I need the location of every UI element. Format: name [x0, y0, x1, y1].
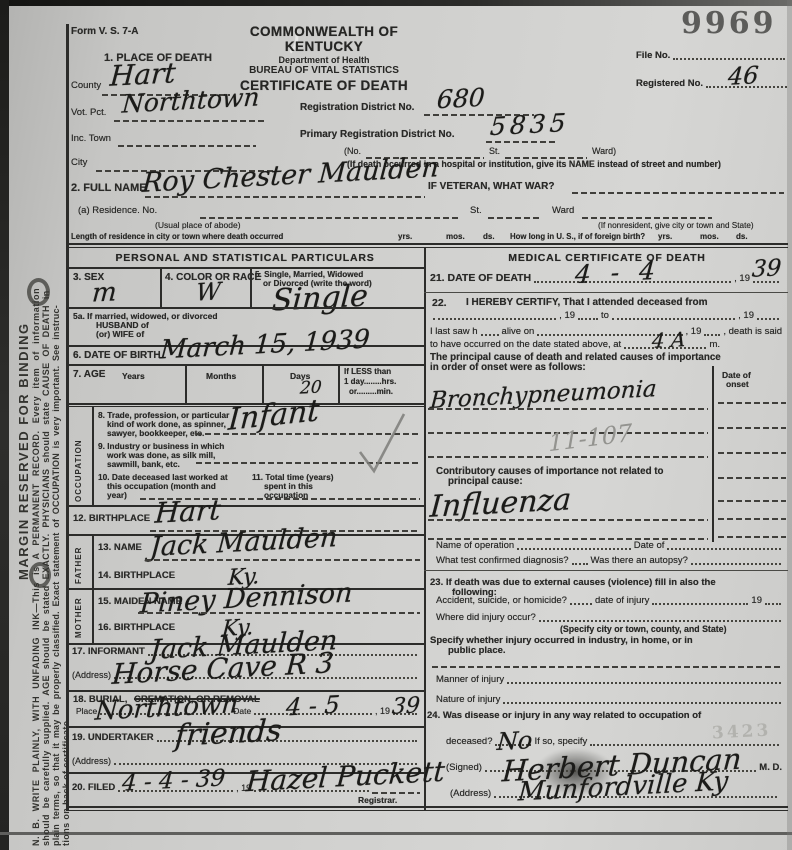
operation-blank — [517, 548, 631, 550]
dod-19-label: , 19 — [734, 273, 750, 284]
veteran-label: IF VETERAN, WHAT WAR? — [428, 181, 554, 192]
certify-19b-blank — [757, 318, 779, 320]
accident-row: Accident, suicide, or homicide? date of … — [436, 595, 784, 606]
margin-nb-line2: should be carefully supplied. AGE should… — [41, 290, 51, 846]
father-birthplace-label: 14. BIRTHPLACE — [98, 570, 175, 581]
cause-line-3 — [428, 456, 708, 458]
injury-date-label: date of injury — [595, 595, 649, 606]
principal-cause-label-2: in order of onset were as follows: — [430, 362, 586, 373]
inc-town-line — [118, 145, 256, 147]
serial-number-stamp: 9969 — [681, 6, 777, 41]
grid-v-age-1 — [185, 364, 187, 403]
onset-line-2 — [718, 427, 786, 429]
informant-label: 17. INFORMANT — [72, 646, 145, 657]
occupation-side-label: OCCUPATION — [74, 418, 83, 502]
age-top-rule — [66, 364, 424, 366]
length-mos: mos. — [446, 232, 465, 241]
date-of-death-value: 4 - 4 — [574, 256, 662, 290]
marital-value: Single — [271, 278, 369, 318]
injury-date-blank — [652, 603, 748, 605]
father-side-label: FATHER — [74, 542, 83, 584]
last-saw-19: , 19 — [686, 326, 702, 337]
dob-label: 6. DATE OF BIRTH — [73, 350, 161, 361]
form-bottom-rule-a — [66, 806, 788, 808]
filed-label: 20. FILED — [72, 782, 115, 793]
informant-address-label: (Address) — [72, 670, 111, 680]
registered-no-value: 46 — [727, 61, 759, 91]
grid-v-sex-race — [160, 267, 162, 307]
mother-side-line — [92, 588, 94, 643]
grid-v-race-marital — [250, 267, 252, 307]
how-long-label: How long in U. S., if of foreign birth? — [510, 232, 645, 241]
public-place-line — [432, 666, 782, 668]
accident-label: Accident, suicide, or homicide? — [436, 595, 567, 606]
last-saw-3: , death is said — [723, 326, 782, 337]
veteran-line — [572, 192, 784, 194]
md-label: M. D. — [759, 762, 782, 773]
onset-line-4 — [718, 477, 786, 479]
death-time-value: 4 A — [651, 327, 686, 353]
certify-to: to — [601, 310, 609, 321]
birthplace-value: Hart — [154, 493, 222, 530]
length-residence-label: Length of residence in city or town wher… — [71, 232, 283, 241]
certify-from-blank — [433, 318, 556, 320]
margin-nb-line1: N. B. WRITE PLAINLY, WITH UNFADING INK—T… — [31, 288, 41, 846]
city-no-label: (No. — [344, 146, 361, 156]
operation-row: Name of operation Date of — [436, 540, 784, 551]
row5-bottom-rule — [66, 307, 424, 309]
primary-district-value: 5835 — [489, 108, 571, 141]
autopsy-label: Was there an autopsy? — [591, 555, 688, 566]
test-autopsy-row: What test confirmed diagnosis? Was there… — [436, 555, 784, 566]
pencil-check-mark — [352, 408, 414, 476]
file-no-label: File No. — [636, 50, 670, 61]
where-injury-label: Where did injury occur? — [436, 612, 536, 623]
age-less-label-2: 1 day........hrs. — [344, 377, 396, 386]
precinct-line — [114, 120, 264, 122]
age-years-label: Years — [122, 371, 145, 381]
where-injury-row: Where did injury occur? — [436, 612, 784, 623]
undertaker-value: friends — [174, 713, 283, 754]
death-certificate-scan: MARGIN RESERVED FOR BINDING N. B. WRITE … — [0, 0, 792, 850]
form-number: Form V. S. 7-A — [71, 26, 138, 37]
occupation-bottom-rule — [66, 505, 424, 507]
age-months-label: Months — [206, 371, 236, 381]
howlong-yrs: yrs. — [658, 232, 672, 241]
bureau-subtitle: BUREAU OF VITAL STATISTICS — [210, 65, 438, 76]
last-saw-row: I last saw h alive on , 19 , death is sa… — [430, 326, 782, 337]
age-less-label-3: or.........min. — [349, 387, 393, 396]
registrar-sig-line — [372, 792, 420, 794]
last-saw-2: alive on — [502, 326, 535, 337]
registrar-label: Registrar. — [358, 795, 397, 805]
father-side-line — [92, 534, 94, 588]
mother-side-label: MOTHER — [74, 596, 83, 638]
residence-ward-line — [582, 217, 712, 219]
margin-nb-line3: plain terms, so that it may be properly … — [51, 305, 61, 846]
onset-line-7 — [718, 536, 786, 538]
injury-19-label: 19 — [751, 595, 762, 606]
primary-district-line — [486, 141, 558, 143]
dod-bottom-rule — [424, 292, 788, 293]
burial-date-value: 4 - 5 — [285, 691, 341, 722]
columns-top-rule-b — [66, 247, 788, 248]
birthplace-label: 12. BIRTHPLACE — [73, 513, 150, 524]
residence-no-line — [200, 217, 458, 219]
last-saw-19-blank — [704, 334, 720, 336]
occupation-side-line — [92, 406, 94, 505]
occupation-value: Infant — [227, 393, 321, 438]
test-label: What test confirmed diagnosis? — [436, 555, 569, 566]
marital-label-1: 5. Single, Married, Widowed — [255, 270, 363, 279]
county-label: County — [71, 80, 101, 91]
residence-label: (a) Residence. No. — [78, 205, 157, 216]
occurred-at-label: to have occurred on the date stated abov… — [430, 339, 621, 350]
department-subtitle: Department of Health — [210, 55, 438, 65]
mother-birthplace-label: 16. BIRTHPLACE — [98, 622, 175, 633]
dod-year-value: 39 — [751, 255, 782, 283]
onset-line-6 — [718, 518, 786, 520]
cause-line-1 — [428, 408, 708, 410]
specify-label-2: public place. — [448, 645, 506, 656]
onset-box-line — [712, 366, 714, 542]
column-divider — [424, 247, 426, 810]
manner-injury-label: Manner of injury — [436, 674, 504, 685]
residence-ward-label: Ward — [552, 205, 574, 216]
race-value: W — [195, 277, 222, 306]
operation-date-blank — [667, 548, 781, 550]
date-of-label: Date of — [634, 540, 665, 551]
primary-district-label: Primary Registration District No. — [300, 129, 454, 140]
howlong-ds: ds. — [736, 232, 748, 241]
precinct-value: Northtown — [121, 82, 260, 118]
date-of-death-label: 21. DATE OF DEATH — [430, 272, 531, 284]
onset-line-5 — [718, 500, 786, 502]
nonresident-note: (If nonresident, give city or town and S… — [598, 221, 754, 230]
city-label: City — [71, 157, 87, 168]
age-label: 7. AGE — [73, 369, 105, 380]
signed-label: (Signed) — [446, 762, 482, 773]
deceased-answer-value: No — [496, 726, 533, 756]
time-m-label: m. — [709, 339, 720, 350]
undertaker-address-label: (Address) — [72, 756, 111, 766]
mother-name-line — [138, 612, 420, 614]
onset-line-3 — [718, 452, 786, 454]
scan-edge-top — [0, 0, 792, 6]
row10-label-3: year) — [107, 490, 127, 500]
autopsy-blank — [691, 563, 781, 565]
cause-code-pencil: 11-107 — [548, 419, 632, 457]
manner-injury-blank — [507, 682, 781, 684]
certify-dates-row: , 19 to , 19 — [430, 310, 782, 321]
personal-title-rule — [66, 267, 424, 269]
howlong-mos: mos. — [700, 232, 719, 241]
accident-blank — [570, 603, 592, 605]
precinct-label: Vot. Pct. — [71, 107, 106, 118]
residence-st-label: St. — [470, 205, 482, 216]
form-left-border — [66, 24, 69, 810]
onset-line-1 — [718, 402, 786, 404]
last-saw-h-blank — [481, 334, 499, 336]
certify-to-blank — [612, 318, 735, 320]
row5a-label-3: (or) WIFE of — [96, 329, 144, 339]
where-injury-blank — [539, 620, 781, 622]
margin-binding-note: MARGIN RESERVED FOR BINDING — [16, 322, 31, 580]
grid-v-age-2 — [262, 364, 264, 403]
contributory-line-1 — [428, 519, 708, 521]
columns-top-rule-a — [66, 243, 788, 245]
father-name-line — [145, 559, 420, 561]
if-so-label: If so, specify — [534, 736, 587, 747]
scan-edge-right — [787, 0, 792, 850]
abode-note: (Usual place of abode) — [155, 220, 241, 230]
certify-statement: I HEREBY CERTIFY, That I attended deceas… — [466, 297, 708, 308]
undertaker-label: 19. UNDERTAKER — [72, 732, 154, 743]
commonwealth-title: COMMONWEALTH OF KENTUCKY — [210, 24, 438, 54]
nature-injury-blank — [503, 702, 781, 704]
q24-label: 24. Was disease or injury in any way rel… — [427, 710, 701, 721]
father-name-label: 13. NAME — [98, 542, 142, 553]
nature-injury-row: Nature of injury — [436, 694, 784, 705]
inc-town-label: Inc. Town — [71, 133, 111, 144]
registered-no-label: Registered No. — [636, 78, 703, 89]
certify-19a: , 19 — [559, 310, 575, 321]
dob-value: March 15, 1939 — [159, 324, 371, 365]
age-less-label-1: If LESS than — [344, 367, 391, 376]
certify-19a-blank — [578, 318, 598, 320]
last-saw-1: I last saw h — [430, 326, 478, 337]
injury-year-blank — [765, 603, 781, 605]
sex-value: m — [91, 277, 118, 308]
city-st-label: St. — [489, 146, 500, 156]
scan-edge-bottom — [0, 832, 792, 850]
row9-label-3: sawmill, bank, etc. — [107, 459, 180, 469]
row8-label-3: sawyer, bookkeeper, etc. — [107, 428, 204, 438]
physician-address-label: (Address) — [450, 788, 491, 799]
file-no-blank — [673, 58, 785, 60]
autopsy-bottom-rule — [424, 570, 788, 571]
operation-label: Name of operation — [436, 540, 514, 551]
residence-st-line — [488, 217, 542, 219]
length-yrs: yrs. — [398, 232, 412, 241]
city-ward-label: Ward) — [592, 146, 616, 156]
certify-number: 22. — [432, 297, 447, 309]
personal-section-title: PERSONAL AND STATISTICAL PARTICULARS — [66, 252, 424, 264]
burial-year-value: 39 — [391, 693, 421, 720]
certify-19b: , 19 — [738, 310, 754, 321]
full-name-label: 2. FULL NAME — [71, 182, 147, 194]
specify-city-note: (Specify city or town, county, and State… — [560, 624, 727, 634]
scan-edge-left — [0, 0, 9, 850]
test-blank — [572, 563, 588, 565]
grid-v-age-3 — [338, 364, 340, 403]
burial-19-label: , 19 — [375, 706, 390, 716]
filed-date-value: 4 - 4 - 39 — [121, 765, 226, 797]
deceased-label: deceased? — [446, 736, 492, 747]
reg-district-label: Registration District No. — [300, 102, 414, 113]
reg-district-value: 680 — [436, 83, 486, 115]
length-ds: ds. — [483, 232, 495, 241]
full-name-line — [145, 196, 425, 198]
file-no-row: File No. — [636, 50, 788, 61]
form-bottom-rule-b — [66, 810, 788, 811]
registered-no-row: Registered No. — [636, 78, 790, 89]
nature-injury-label: Nature of injury — [436, 694, 500, 705]
onset-label-2: onset — [726, 379, 749, 389]
manner-injury-row: Manner of injury — [436, 674, 784, 685]
informant-bottom-rule — [66, 690, 424, 692]
full-name-value: Roy Chester Maulden — [141, 152, 440, 199]
